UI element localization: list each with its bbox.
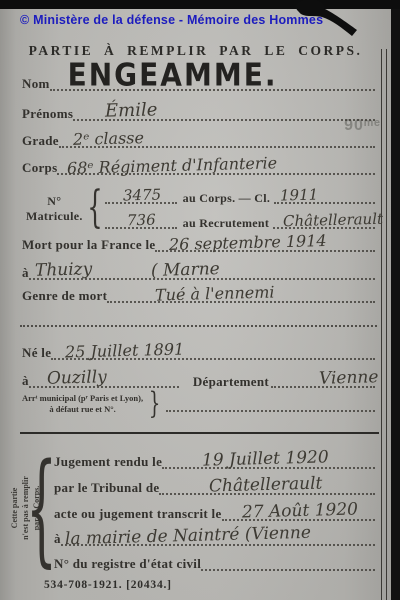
field-row-genre: Genre de mort Tué à l'ennemi <box>22 283 375 303</box>
arrt-label-line2: à défaut rue et N°. <box>22 404 143 415</box>
field-row-tribunal: par le Tribunal de Châtellerault <box>54 475 375 495</box>
matricule-block: N° Matricule. { 3475 au Corps. — Cl. 191… <box>26 185 375 231</box>
field-value-numero: 3475 <box>122 188 161 204</box>
field-label-corps: Corps <box>22 161 57 175</box>
field-label-prenoms: Prénoms <box>22 107 73 121</box>
field-label-lieu-mort: à <box>22 266 29 280</box>
ink-stain <box>290 0 380 47</box>
record-card: © Ministère de la défense - Mémoire des … <box>0 9 391 600</box>
dotted-leader: la mairie de Naintré (Vienne <box>61 542 375 546</box>
field-value-matricule: 736 <box>126 213 155 229</box>
field-value-corps: 68ᵉ Régiment d'Infanterie <box>67 155 277 176</box>
field-row-mort: Mort pour la France le 26 septembre 1914 <box>22 232 375 252</box>
dotted-leader: Vienne <box>271 384 375 388</box>
field-value-ne-le: 25 Juillet 1891 <box>65 341 185 360</box>
field-label-tribunal: par le Tribunal de <box>54 481 159 495</box>
field-label-genre: Genre de mort <box>22 289 107 303</box>
dotted-leader: 736 <box>105 225 177 229</box>
field-value-mairie: la mairie de Naintré (Vienne <box>65 525 311 548</box>
field-value-genre: Tué à l'ennemi <box>155 284 275 303</box>
field-value-transcrit: 27 Août 1920 <box>241 501 357 521</box>
field-label-mort: Mort pour la France le <box>22 238 155 252</box>
field-mid-matricule: au Recrutement <box>177 217 274 229</box>
field-value-recrutement: Châtellerault <box>283 212 383 230</box>
field-label-mairie: à <box>54 532 61 546</box>
judgment-brace: { <box>26 446 57 570</box>
field-value-prenoms: Émile <box>105 101 158 120</box>
field-row-prenoms: Prénoms Émile <box>22 101 375 121</box>
dotted-leader: Émile <box>73 117 375 121</box>
field-value-ne-a: Ouzilly <box>47 369 107 388</box>
field-value-lieu-mort: Thuizy <box>35 261 93 279</box>
arrt-label-line1: Arrᵗ municipal (pʳ Paris et Lyon), <box>22 393 143 404</box>
dotted-leader: 19 Juillet 1920 <box>162 465 375 469</box>
dotted-leader: Châtellerault <box>273 225 375 229</box>
field-label-departement: Département <box>179 375 271 388</box>
field-value-mort: 26 septembre 1914 <box>169 233 327 253</box>
field-row-mairie: à la mairie de Naintré (Vienne <box>54 526 375 546</box>
field-value-nom: ENGEAMME. <box>68 60 278 91</box>
section-divider-line <box>20 432 379 434</box>
field-row-nom: Nom ENGEAMME. <box>22 71 375 91</box>
field-label-jugement: Jugement rendu le <box>54 455 162 469</box>
field-row-transcrit: acte ou jugement transcrit le 27 Août 19… <box>54 501 375 521</box>
field-value-grade: 2ᵉ classe <box>73 130 144 148</box>
dotted-leader: 25 Juillet 1891 <box>51 356 375 360</box>
brace-close: } <box>149 389 160 419</box>
dotted-leader: Tué à l'ennemi <box>107 299 375 303</box>
field-label-transcrit: acte ou jugement transcrit le <box>54 507 222 521</box>
field-row-arrt: Arrᵗ municipal (pʳ Paris et Lyon), à déf… <box>22 390 375 418</box>
card-border-line <box>381 49 387 600</box>
dotted-leader <box>166 408 375 412</box>
dotted-leader: ENGEAMME. <box>50 87 375 91</box>
matricule-rows: 3475 au Corps. — Cl. 1911 736 au Recrute… <box>105 187 375 229</box>
field-label-numero: N° <box>47 195 61 207</box>
dotted-leader: 26 septembre 1914 <box>155 248 375 252</box>
dotted-leader <box>201 567 375 571</box>
dotted-leader: 1911 <box>274 200 375 204</box>
field-value-jugement: 19 Juillet 1920 <box>202 449 329 469</box>
field-row-jugement: Jugement rendu le 19 Juillet 1920 <box>54 449 375 469</box>
printer-imprint: 534-708-1921. [20434.] <box>44 579 172 591</box>
dotted-leader: 3475 <box>105 200 177 204</box>
field-value-tribunal: Châtellerault <box>209 476 323 496</box>
field-mid-numero: au Corps. — Cl. <box>177 192 275 204</box>
field-row-matricule: 736 au Recrutement Châtellerault <box>105 212 375 229</box>
scan-viewer: { "header": { "watermark": "© Ministère … <box>0 0 400 600</box>
dotted-leader: 68ᵉ Régiment d'Infanterie <box>57 171 375 175</box>
brace-open: { <box>87 186 102 230</box>
dotted-leader: Châtellerault <box>159 491 375 495</box>
field-label-grade: Grade <box>22 134 59 148</box>
field-row-numero: 3475 au Corps. — Cl. 1911 <box>105 187 375 204</box>
matricule-labels: N° Matricule. <box>26 195 83 222</box>
field-label-nom: Nom <box>22 77 50 91</box>
field-label-arrt: Arrᵗ municipal (pʳ Paris et Lyon), à déf… <box>22 393 143 416</box>
field-label-registre: N° du registre d'état civil <box>54 557 201 571</box>
field-label-matricule: Matricule. <box>26 210 83 222</box>
field-row-corps: Corps 68ᵉ Régiment d'Infanterie <box>22 155 375 175</box>
field-row-registre: N° du registre d'état civil <box>54 551 375 571</box>
field-label-ne-a: à <box>22 374 29 388</box>
field-value-lieu-dept: ( Marne <box>151 261 220 280</box>
copyright-watermark: © Ministère de la défense - Mémoire des … <box>20 13 323 27</box>
dotted-leader: 27 Août 1920 <box>222 517 375 521</box>
field-value-classe: 1911 <box>280 188 319 204</box>
field-value-departement: Vienne <box>319 369 379 388</box>
field-row-grade: Grade 2ᵉ classe <box>22 128 375 148</box>
field-label-ne-le: Né le <box>22 346 51 360</box>
dotted-leader: Thuizy ( Marne <box>29 276 375 280</box>
field-row-ne-a: à Ouzilly Département Vienne <box>22 368 375 388</box>
dotted-leader: 2ᵉ classe <box>59 144 375 148</box>
section-separator <box>20 325 377 327</box>
field-row-ne-le: Né le 25 Juillet 1891 <box>22 340 375 360</box>
field-row-lieu-mort: à Thuizy ( Marne <box>22 260 375 280</box>
